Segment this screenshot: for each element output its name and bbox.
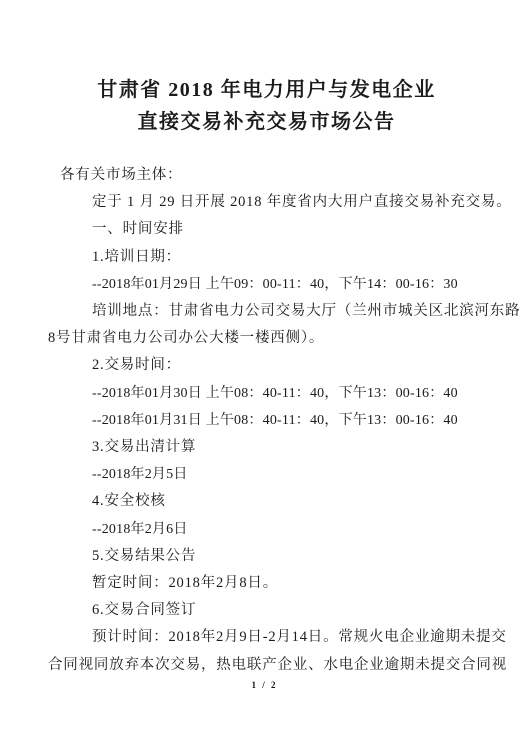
page-number: 1 / 2 xyxy=(0,680,529,690)
document-line: 4.安全校核 xyxy=(48,488,485,515)
document-line: 1.培训日期： xyxy=(48,244,485,271)
document-line: --2018年01月31日 上午08：40-11：40，下午13：00-16：4… xyxy=(48,407,485,434)
document-line: --2018年2月5日 xyxy=(48,461,485,488)
document-line: 2.交易时间： xyxy=(48,352,485,379)
document-line: 一、时间安排 xyxy=(48,216,485,243)
document-line: 5.交易结果公告 xyxy=(48,543,485,570)
document-line: 定于 1 月 29 日开展 2018 年度省内大用户直接交易补充交易。 xyxy=(48,189,485,216)
document-line: 8号甘肃省电力公司办公大楼一楼西侧）。 xyxy=(48,325,485,352)
document-page: 甘肃省 2018 年电力用户与发电企业 直接交易补充交易市场公告 各有关市场主体… xyxy=(0,0,529,748)
title-line-2: 直接交易补充交易市场公告 xyxy=(48,106,485,138)
document-body: 各有关市场主体：定于 1 月 29 日开展 2018 年度省内大用户直接交易补充… xyxy=(48,162,485,679)
document-line: 3.交易出清计算 xyxy=(48,434,485,461)
document-line: --2018年01月29日 上午09：00-11：40，下午14：00-16：3… xyxy=(48,271,485,298)
document-line: 培训地点：甘肃省电力公司交易大厅（兰州市城关区北滨河东路 xyxy=(48,298,485,325)
title-line-1: 甘肃省 2018 年电力用户与发电企业 xyxy=(48,74,485,106)
document-line: --2018年2月6日 xyxy=(48,516,485,543)
document-title: 甘肃省 2018 年电力用户与发电企业 直接交易补充交易市场公告 xyxy=(48,74,485,138)
document-line: 暂定时间：2018年2月8日。 xyxy=(48,570,485,597)
document-line: --2018年01月30日 上午08：40-11：40，下午13：00-16：4… xyxy=(48,380,485,407)
document-line: 各有关市场主体： xyxy=(48,162,485,189)
document-line: 预计时间：2018年2月9日-2月14日。常规火电企业逾期未提交 xyxy=(48,624,485,651)
document-line: 合同视同放弃本次交易，热电联产企业、水电企业逾期未提交合同视 xyxy=(48,652,485,679)
document-line: 6.交易合同签订 xyxy=(48,597,485,624)
